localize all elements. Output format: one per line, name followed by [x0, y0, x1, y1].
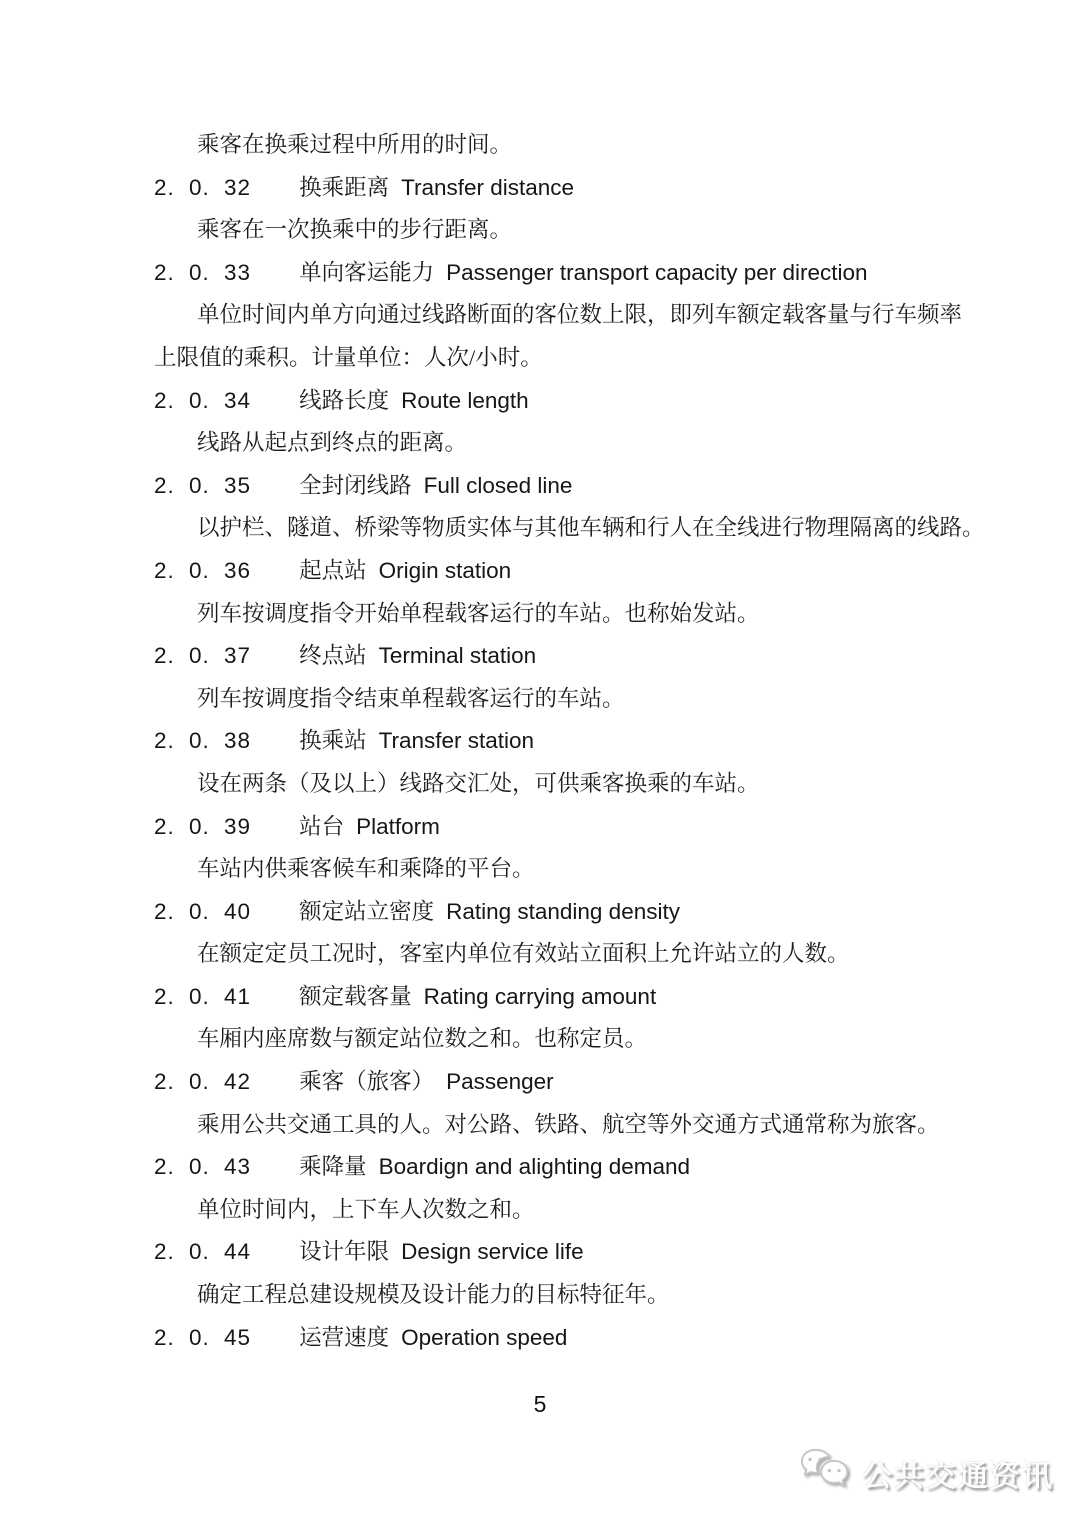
wechat-icon [799, 1446, 853, 1500]
term-heading: 2. 0. 34线路长度Route length [154, 380, 992, 423]
term-name-cn: 乘降量 [299, 1154, 367, 1179]
term-name-en: Full closed line [424, 473, 573, 498]
term-name-cn: 线路长度 [299, 388, 389, 413]
term-number: 2. 0. 39 [154, 806, 251, 849]
term-heading: 2. 0. 39站台Platform [154, 806, 992, 849]
term-name-cn: 换乘站 [299, 728, 367, 753]
term-definition: 线路从起点到终点的距离。 [154, 422, 992, 465]
term-heading: 2. 0. 45运营速度Operation speed [154, 1317, 992, 1360]
term-definition: 列车按调度指令开始单程载客运行的车站。也称始发站。 [154, 593, 992, 636]
term-number: 2. 0. 42 [154, 1061, 251, 1104]
term-heading: 2. 0. 36起点站Origin station [154, 550, 992, 593]
term-name-en: Boardign and alighting demand [379, 1154, 690, 1179]
term-heading: 2. 0. 43乘降量Boardign and alighting demand [154, 1146, 992, 1189]
term-name-cn: 终点站 [299, 643, 367, 668]
term-name-cn: 全封闭线路 [299, 473, 412, 498]
carryover-definition: 乘客在换乘过程中所用的时间。 [154, 124, 992, 167]
term-number: 2. 0. 40 [154, 891, 251, 934]
term-definition: 确定工程总建设规模及设计能力的目标特征年。 [154, 1274, 992, 1317]
term-definition: 列车按调度指令结束单程载客运行的车站。 [154, 678, 992, 721]
term-definition: 单位时间内单方向通过线路断面的客位数上限，即列车额定载客量与行车频率上限值的乘积… [154, 294, 992, 379]
term-heading: 2. 0. 44设计年限Design service life [154, 1231, 992, 1274]
term-heading: 2. 0. 33单向客运能力Passenger transport capaci… [154, 252, 992, 295]
term-number: 2. 0. 45 [154, 1317, 251, 1360]
term-definition: 设在两条（及以上）线路交汇处，可供乘客换乘的车站。 [154, 763, 992, 806]
term-name-cn: 运营速度 [299, 1325, 389, 1350]
term-name-en: Route length [401, 388, 529, 413]
term-name-cn: 设计年限 [299, 1239, 389, 1264]
term-heading: 2. 0. 41额定载客量Rating carrying amount [154, 976, 992, 1019]
term-number: 2. 0. 35 [154, 465, 251, 508]
term-definition: 车厢内座席数与额定站位数之和。也称定员。 [154, 1018, 992, 1061]
document-content: 乘客在换乘过程中所用的时间。 2. 0. 32换乘距离Transfer dist… [154, 0, 992, 1359]
term-name-cn: 额定载客量 [299, 984, 412, 1009]
term-name-cn: 起点站 [299, 558, 367, 583]
term-name-en: Transfer distance [401, 175, 574, 200]
term-number: 2. 0. 33 [154, 252, 251, 295]
term-name-cn: 乘客（旅客） [299, 1069, 434, 1094]
term-name-en: Operation speed [401, 1325, 567, 1350]
term-name-en: Design service life [401, 1239, 584, 1264]
term-number: 2. 0. 43 [154, 1146, 251, 1189]
term-definition: 车站内供乘客候车和乘降的平台。 [154, 848, 992, 891]
term-name-en: Passenger [446, 1069, 554, 1094]
term-definition: 单位时间内，上下车人次数之和。 [154, 1189, 992, 1232]
term-name-en: Terminal station [379, 643, 537, 668]
term-heading: 2. 0. 42乘客（旅客）Passenger [154, 1061, 992, 1104]
term-number: 2. 0. 36 [154, 550, 251, 593]
brand-name: 公共交通资讯 [862, 1451, 1054, 1495]
term-heading: 2. 0. 40额定站立密度Rating standing density [154, 891, 992, 934]
term-number: 2. 0. 44 [154, 1231, 251, 1274]
term-heading: 2. 0. 37终点站Terminal station [154, 635, 992, 678]
term-name-en: Platform [356, 814, 440, 839]
term-definition: 乘用公共交通工具的人。对公路、铁路、航空等外交通方式通常称为旅客。 [154, 1104, 992, 1147]
term-name-cn: 换乘距离 [299, 175, 389, 200]
term-name-en: Origin station [379, 558, 512, 583]
term-name-cn: 额定站立密度 [299, 899, 434, 924]
term-number: 2. 0. 37 [154, 635, 251, 678]
term-number: 2. 0. 41 [154, 976, 251, 1019]
term-heading: 2. 0. 38换乘站Transfer station [154, 720, 992, 763]
term-number: 2. 0. 38 [154, 720, 251, 763]
term-name-cn: 单向客运能力 [299, 260, 434, 285]
term-name-en: Transfer station [379, 728, 534, 753]
term-definition: 乘客在一次换乘中的步行距离。 [154, 209, 992, 252]
term-name-cn: 站台 [299, 814, 344, 839]
term-definition: 在额定定员工况时，客室内单位有效站立面积上允许站立的人数。 [154, 933, 992, 976]
term-number: 2. 0. 34 [154, 380, 251, 423]
term-heading: 2. 0. 32换乘距离Transfer distance [154, 167, 992, 210]
watermark-footer: 公共交通资讯 [799, 1446, 1054, 1500]
term-name-en: Passenger transport capacity per directi… [446, 260, 867, 285]
page-number: 5 [0, 1389, 1080, 1419]
term-number: 2. 0. 32 [154, 167, 251, 210]
term-name-en: Rating carrying amount [424, 984, 657, 1009]
term-name-en: Rating standing density [446, 899, 680, 924]
document-page: 乘客在换乘过程中所用的时间。 2. 0. 32换乘距离Transfer dist… [0, 0, 1080, 1527]
term-definition: 以护栏、隧道、桥梁等物质实体与其他车辆和行人在全线进行物理隔离的线路。 [154, 507, 992, 550]
term-heading: 2. 0. 35全封闭线路Full closed line [154, 465, 992, 508]
